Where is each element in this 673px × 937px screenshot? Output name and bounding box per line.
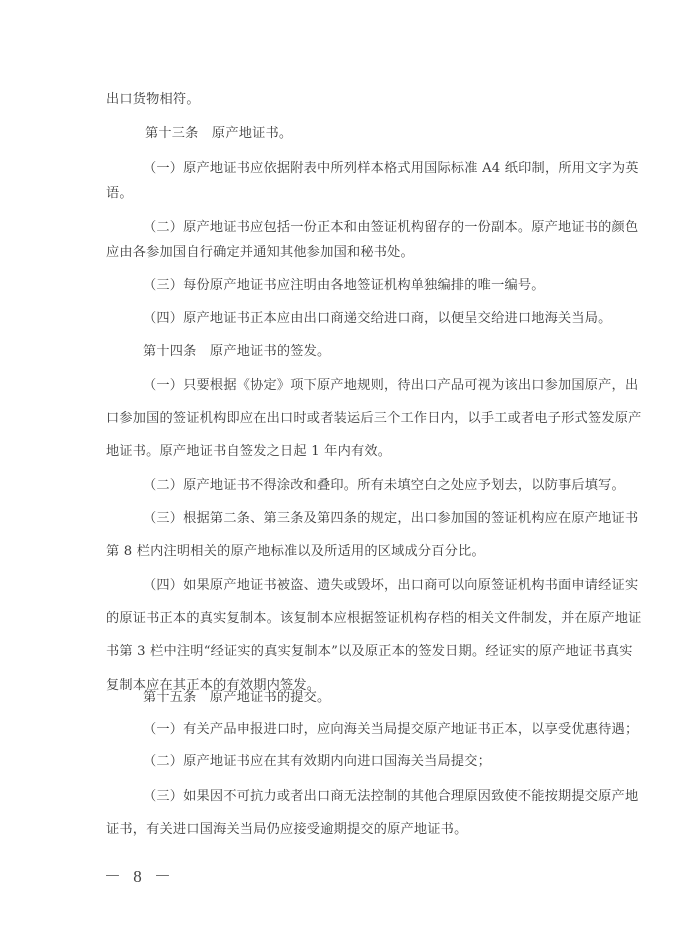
text-line: （一）只要根据《协定》项下原产地规则，待出口产品可视为该出口参加国原产，出	[143, 378, 638, 394]
text-line: （一）有关产品申报进口时，应向海关当局提交原产地证书正本，以享受优惠待遇；	[143, 722, 638, 738]
article-heading-15: 第十五条 原产地证书的提交。	[143, 690, 330, 706]
text-line: （四）原产地证书正本应由出口商递交给进口商，以便呈交给进口地海关当局。	[143, 311, 612, 327]
text-line: 书第 3 栏中注明“经证实的真实复制本”以及原正本的签发日期。经证实的原产地证书…	[106, 644, 633, 660]
article-heading-13: 第十三条 原产地证书。	[145, 126, 292, 142]
text-line: 应由各参加国自行确定并通知其他参加国和秘书处。	[106, 245, 414, 261]
text-line: （二）原产地证书不得涂改和叠印。所有未填空白之处应予划去，以防事后填写。	[143, 478, 625, 494]
text-line: 证书，有关进口国海关当局仍应接受逾期提交的原产地证书。	[106, 822, 467, 838]
text-line: 的原证书正本的真实复制本。该复制本应根据签证机构存档的相关文件制发，并在原产地证	[106, 611, 642, 627]
text-line: 语。	[106, 186, 133, 202]
text-line: （三）每份原产地证书应注明由各地签证机构单独编排的唯一编号。	[143, 278, 545, 294]
text-line: （三）根据第二条、第三条及第四条的规定，出口参加国的签证机构应在原产地证书	[143, 511, 638, 527]
article-heading-14: 第十四条 原产地证书的签发。	[143, 344, 330, 360]
document-page: 出口货物相符。 第十三条 原产地证书。 （一）原产地证书应依据附表中所列样本格式…	[0, 0, 673, 937]
text-line: （二）原产地证书应在其有效期内向进口国海关当局提交；	[143, 754, 491, 770]
text-line: （三）如果因不可抗力或者出口商无法控制的其他合理原因致使不能按期提交原产地	[143, 789, 638, 805]
text-line: （二）原产地证书应包括一份正本和由签证机构留存的一份副本。原产地证书的颜色	[143, 220, 638, 236]
text-line: 出口货物相符。	[106, 92, 200, 108]
text-line: （一）原产地证书应依据附表中所列样本格式用国际标准 A4 纸印制，所用文字为英	[143, 161, 639, 177]
text-line: 地证书。原产地证书自签发之日起 1 年内有效。	[106, 444, 391, 460]
text-line: （四）如果原产地证书被盗、遗失或毁坏，出口商可以向原签证机构书面申请经证实	[143, 578, 638, 594]
text-line: 第 8 栏内注明相关的原产地标准以及所适用的区域成分百分比。	[106, 544, 485, 560]
page-number: － 8 －	[104, 862, 175, 887]
text-line: 口参加国的签证机构即应在出口时或者装运后三个工作日内，以手工或者电子形式签发原产	[106, 411, 642, 427]
